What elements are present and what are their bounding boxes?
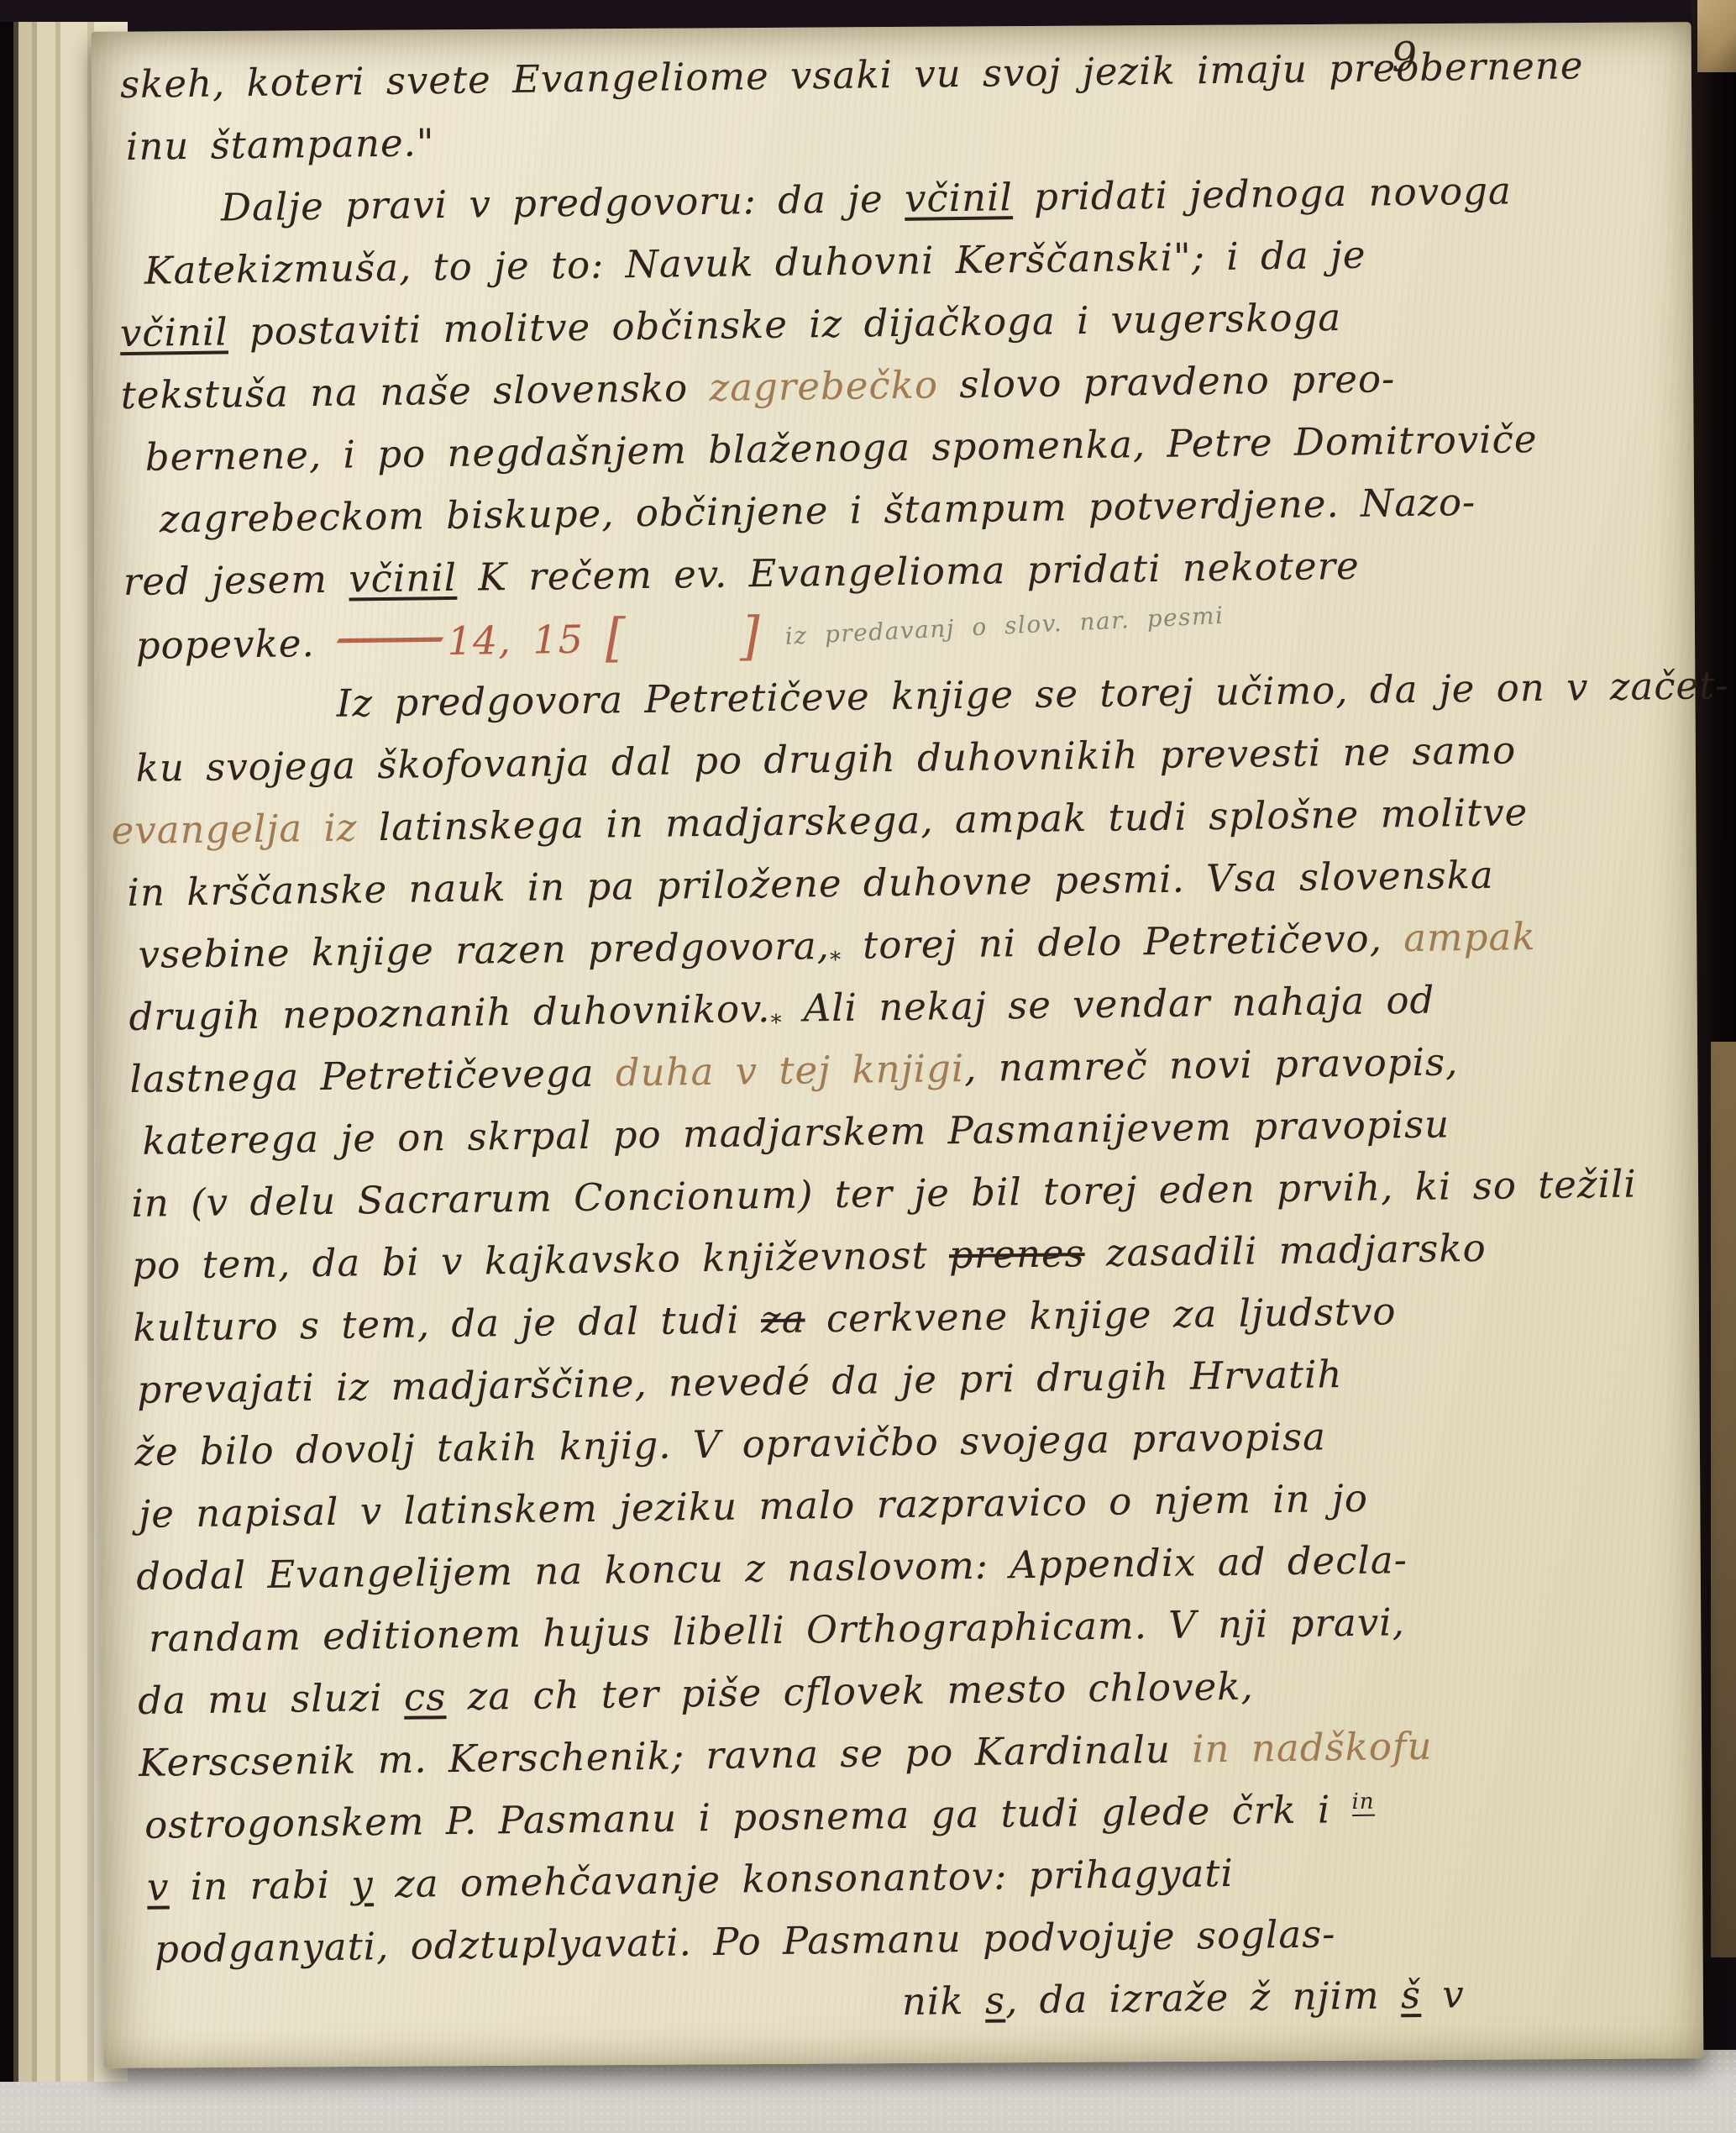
text-segment: zagrebeckom biskupe, občinjene i štampum…	[159, 480, 1476, 542]
text-segment: nik	[902, 1978, 986, 2024]
text-segment: včinil	[905, 175, 1013, 221]
text-segment: skeh, koteri svete Evangeliome vsaki vu …	[120, 43, 1584, 107]
text-segment: podganyati, odztuplyavati. Po Pasmanu po…	[155, 1911, 1336, 1971]
text-segment: v	[147, 1864, 170, 1909]
text-segment: pridati jednoga novoga	[1012, 168, 1512, 219]
text-segment: Dalje pravi v predgovoru: da je	[221, 176, 905, 230]
text-segment: in krščanske nauk in pa priložene duhovn…	[127, 853, 1494, 915]
text-segment: kulturo s tem, da je dal tudi	[133, 1297, 761, 1350]
text-segment: za ch ter piše cflovek mesto chlovek,	[446, 1664, 1254, 1720]
text-segment: katerega je on skrpal po madjarskem Pasm…	[142, 1101, 1450, 1163]
handwritten-line: nik s, da izraže ž njim š v	[901, 1961, 1688, 2033]
text-segment: latinskega in madjarskega, ampak tudi sp…	[357, 790, 1528, 849]
text-segment: , da izraže ž njim	[1005, 1973, 1402, 2022]
text-segment: *	[770, 1011, 782, 1036]
text-segment: Kerscsenik m. Kerschenik; ravna se po Ka…	[139, 1727, 1193, 1785]
red-pencil-brackets: [ ]	[605, 605, 763, 668]
text-segment: prenes	[949, 1231, 1085, 1277]
book-page-edge-right	[1711, 1042, 1736, 1957]
red-pencil-dash: —	[331, 606, 452, 670]
text-segment: cs	[404, 1674, 447, 1720]
text-segment: randam editionem hujus libelli Orthograp…	[149, 1600, 1405, 1661]
text-segment: in (v delu Sacrarum Concionum) ter je bi…	[131, 1162, 1637, 1226]
handwritten-text-block: skeh, koteri svete Evangeliome vsaki vu …	[117, 34, 1689, 2043]
text-segment: tekstuša na naše slovensko	[121, 365, 710, 418]
text-segment: ampak	[1403, 914, 1536, 960]
text-segment: je napisal v latinskem jeziku malo razpr…	[139, 1476, 1368, 1537]
text-segment: in rabi	[169, 1862, 352, 1910]
book-corner-top-right	[1697, 0, 1736, 72]
red-pencil-numbers: 14, 15	[447, 617, 606, 664]
text-segment: Iz predgovora Petretičeve knjige se tore…	[336, 663, 1728, 726]
text-segment: včinil	[349, 555, 457, 602]
text-segment: s	[985, 1978, 1006, 2022]
text-segment: postaviti molitve občinske iz dijačkoga …	[228, 295, 1341, 354]
text-segment: popevke.	[135, 621, 315, 668]
text-segment: za	[761, 1297, 805, 1342]
text-segment: zagrebečko	[709, 362, 938, 410]
text-segment: v	[1421, 1972, 1465, 2017]
text-segment: slovo pravdeno preo-	[938, 356, 1396, 407]
text-segment: *	[830, 948, 842, 973]
text-segment: dodal Evangelijem na koncu z naslovom: A…	[136, 1537, 1408, 1599]
text-segment: , namreč novi pravopis,	[964, 1039, 1459, 1090]
text-segment: bernene, i po negdašnjem blaženoga spome…	[144, 417, 1537, 480]
text-segment: in	[1351, 1789, 1374, 1816]
text-segment: že bilo dovolj takih knjig. V opravičbo …	[134, 1414, 1326, 1474]
text-segment: lastnega Petretičevega	[129, 1050, 616, 1101]
text-segment: Katekizmuša, to je to: Navuk duhovni Ker…	[144, 233, 1366, 293]
text-segment: evangelja iz	[111, 805, 358, 853]
text-segment: ostrogonskem P. Pasmanu i posnema ga tud…	[144, 1787, 1352, 1847]
photo-of-manuscript-page: 9 skeh, koteri svete Evangeliome vsaki v…	[0, 0, 1736, 2133]
text-segment: cerkvene knjige za ljudstvo	[805, 1289, 1397, 1341]
text-segment: torej ni delo Petretičevo,	[842, 916, 1404, 968]
text-segment: ku svojega škofovanja dal po drugih duho…	[135, 728, 1516, 791]
text-segment: in nadškofu	[1192, 1724, 1433, 1772]
text-segment: y	[351, 1862, 374, 1906]
text-segment: prevajati iz madjarščine, nevedé da je p…	[137, 1352, 1343, 1412]
text-segment: po tem, da bi v kajkavsko književnost	[132, 1232, 949, 1288]
text-segment: da mu sluzi	[138, 1675, 404, 1723]
text-segment: red jesem	[123, 557, 349, 605]
text-segment: š	[1401, 1973, 1422, 2017]
text-segment: Ali nekaj se vendar nahaja od	[782, 978, 1435, 1031]
text-segment: K rečem ev. Evangelioma pridati nekotere	[457, 544, 1360, 600]
text-segment: inu štampane."	[126, 120, 435, 169]
text-segment: včinil	[120, 309, 228, 355]
text-segment: duha v tej knjigi	[615, 1046, 964, 1095]
text-segment: za omehčavanje konsonantov: prihagyati	[373, 1851, 1234, 1906]
text-segment: drugih nepoznanih duhovnikov.	[128, 986, 771, 1039]
text-segment: vsebine knjige razen predgovora,	[138, 923, 830, 977]
manuscript-page: 9 skeh, koteri svete Evangeliome vsaki v…	[92, 22, 1704, 2068]
text-segment: zasadili madjarsko	[1084, 1226, 1487, 1275]
